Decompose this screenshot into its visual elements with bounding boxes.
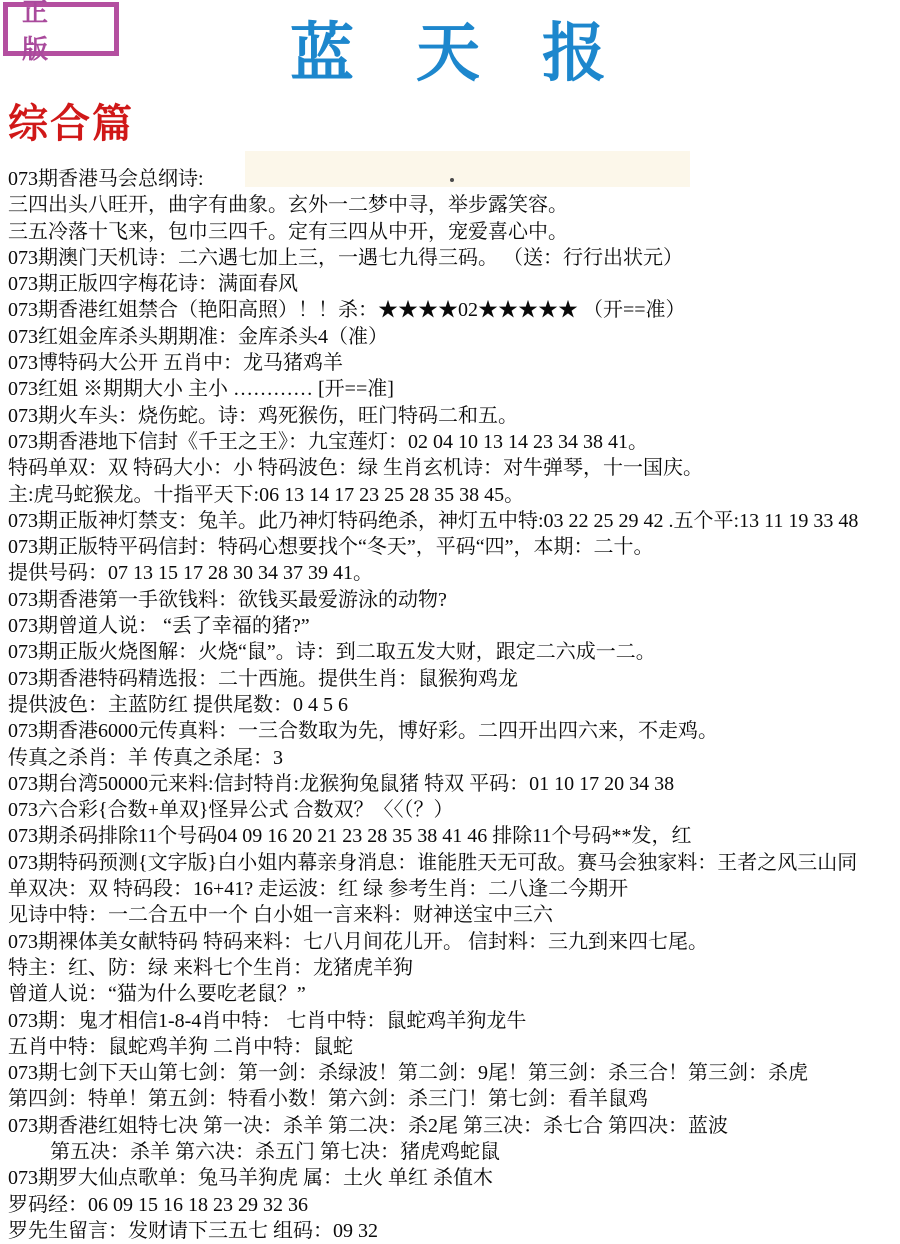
text-line: 073期正版火烧图解：火烧“鼠”。诗：到二取五发大财，跟定二六成一二。 — [8, 639, 900, 665]
text-line: 073期香港第一手欲钱料：欲钱买最爱游泳的动物? — [8, 587, 900, 613]
text-line: 073期曾道人说： “丢了幸福的猪?” — [8, 613, 900, 639]
text-line: 073期正版特平码信封：特码心想要找个“冬天”，平码“四”，本期：二十。 — [8, 534, 900, 560]
text-line: 073期正版四字梅花诗：满面春风 — [8, 271, 900, 297]
text-line: 传真之杀肖：羊 传真之杀尾：3 — [8, 745, 900, 771]
text-line: 073期澳门天机诗：二六遇七加上三，一遇七九得三码。 （送：行行出状元） — [8, 245, 900, 271]
section-heading: 综合篇 — [8, 92, 134, 149]
text-line: 提供号码：07 13 15 17 28 30 34 37 39 41。 — [8, 560, 900, 586]
text-line: 073红姐金库杀头期期准：金库杀头4（准） — [8, 324, 900, 350]
text-line: 见诗中特：一二合五中一个 白小姐一言来料：财神送宝中三六 — [8, 902, 900, 928]
text-line: 罗码经：06 09 15 16 18 23 29 32 36 — [8, 1192, 900, 1218]
text-line: 073期裸体美女献特码 特码来料：七八月间花儿开。 信封料：三九到来四七尾。 — [8, 929, 900, 955]
text-line: 073期：鬼才相信1-8-4肖中特： 七肖中特：鼠蛇鸡羊狗龙牛 — [8, 1008, 900, 1034]
text-line: 073期香港特码精选报：二十西施。提供生肖：鼠猴狗鸡龙 — [8, 666, 900, 692]
text-line: 073期香港地下信封《千王之王》：九宝莲灯：02 04 10 13 14 23 … — [8, 429, 900, 455]
text-line: 特码单双：双 特码大小：小 特码波色：绿 生肖玄机诗：对牛弹琴，十一国庆。 — [8, 455, 900, 481]
newspaper-page: 正 版 蓝天报 综合篇 073期香港马会总纲诗:三四出头八旺开，曲字有曲象。玄外… — [0, 0, 900, 1244]
text-line: 073红姐 ※期期大小 主小 ………… [开==准] — [8, 376, 900, 402]
text-line: 曾道人说：“猫为什么要吃老鼠？” — [8, 981, 900, 1007]
text-line: 提供波色：主蓝防红 提供尾数：0 4 5 6 — [8, 692, 900, 718]
text-line: 罗先生留言：发财请下三五七 组码：09 32 — [8, 1218, 900, 1244]
text-line: 073博特码大公开 五肖中：龙马猪鸡羊 — [8, 350, 900, 376]
text-line: 五肖中特：鼠蛇鸡羊狗 二肖中特：鼠蛇 — [8, 1034, 900, 1060]
text-line: 073期杀码排除11个号码04 09 16 20 21 23 28 35 38 … — [8, 823, 900, 849]
text-line: 073期香港6000元传真料：一三合数取为先，博好彩。二四开出四六来，不走鸡。 — [8, 718, 900, 744]
text-line: 073期香港红姐禁合（艳阳高照）！！杀：★★★★02★★★★★ （开==准） — [8, 297, 900, 323]
text-line: 第五决：杀羊 第六决：杀五门 第七决：猪虎鸡蛇鼠 — [8, 1139, 900, 1165]
newspaper-title: 蓝天报 — [290, 2, 710, 94]
text-line: 073期香港红姐特七决 第一决：杀羊 第二决：杀2尾 第三决：杀七合 第四决：蓝… — [8, 1113, 900, 1139]
text-line: 073期七剑下天山第七剑：第一剑：杀绿波！第二剑：9尾！第三剑：杀三合！第三剑：… — [8, 1060, 900, 1086]
text-line: 073期香港马会总纲诗: — [8, 166, 900, 192]
report-body: 073期香港马会总纲诗:三四出头八旺开，曲字有曲象。玄外一二梦中寻，举步露笑容。… — [0, 166, 900, 1244]
text-line: 特主：红、防：绿 来料七个生肖：龙猪虎羊狗 — [8, 955, 900, 981]
text-line: 三四出头八旺开，曲字有曲象。玄外一二梦中寻，举步露笑容。 — [8, 192, 900, 218]
text-line: 073期正版神灯禁支：兔羊。此乃神灯特码绝杀，神灯五中特:03 22 25 29… — [8, 508, 900, 534]
authentic-badge-label: 正 版 — [22, 0, 114, 66]
text-line: 073期火车头：烧伤蛇。诗：鸡死猴伤，旺门特码二和五。 — [8, 403, 900, 429]
text-line: 073期台湾50000元来料:信封特肖:龙猴狗兔鼠猪 特双 平码：01 10 1… — [8, 771, 900, 797]
text-line: 073六合彩{合数+单双}怪异公式 合数双？〈〈（？） — [8, 797, 900, 823]
text-line: 第四剑：特单！第五剑：特看小数！第六剑：杀三门！第七剑：看羊鼠鸡 — [8, 1086, 900, 1112]
text-line: 主:虎马蛇猴龙。十指平天下:06 13 14 17 23 25 28 35 38… — [8, 482, 900, 508]
text-line: 073期特码预测{文字版}白小姐内幕亲身消息：谁能胜天无可敌。赛马会独家料：王者… — [8, 850, 900, 876]
text-line: 073期罗大仙点歌单：兔马羊狗虎 属：土火 单红 杀值木 — [8, 1165, 900, 1191]
authentic-badge: 正 版 — [3, 2, 119, 56]
text-line: 三五冷落十飞来，包巾三四千。定有三四从中开，宠爱喜心中。 — [8, 219, 900, 245]
text-line: 单双决：双 特码段：16+41? 走运波：红 绿 参考生肖：二八逢二今期开 — [8, 876, 900, 902]
